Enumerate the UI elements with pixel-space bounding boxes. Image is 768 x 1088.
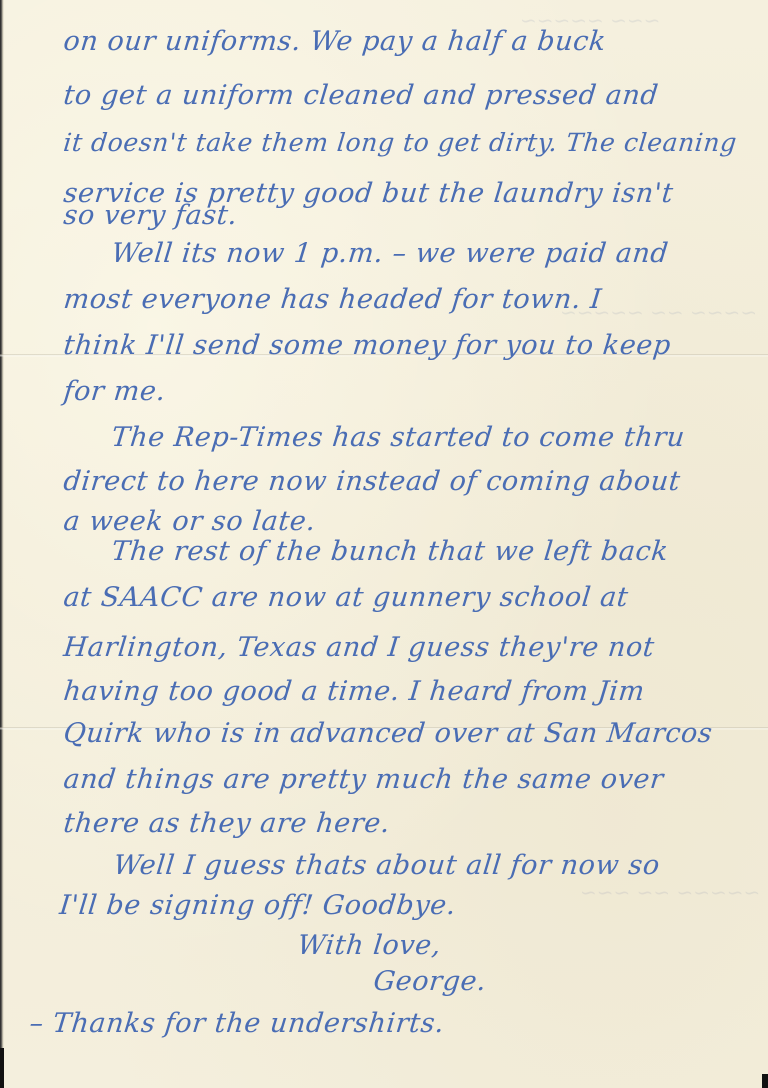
letter-line: for me. bbox=[62, 376, 167, 407]
letter-line: so very fast. bbox=[62, 200, 239, 231]
letter-line: it doesn't take them long to get dirty. … bbox=[62, 128, 738, 157]
scan-edge-bottom-right bbox=[762, 1074, 768, 1088]
letter-line: on our uniforms. We pay a half a buck bbox=[62, 26, 608, 57]
letter-line: The rest of the bunch that we left back bbox=[110, 536, 670, 567]
letter-line: direct to here now instead of coming abo… bbox=[62, 466, 682, 497]
letter-line: think I'll send some money for you to ke… bbox=[62, 330, 673, 361]
letter-line: a week or so late. bbox=[62, 506, 317, 537]
bleed-through-text: ~~~~~ ~~ ~~~ bbox=[580, 880, 760, 904]
letter-line: The Rep-Times has started to come thru bbox=[110, 422, 687, 453]
letter-line: and things are pretty much the same over bbox=[62, 764, 665, 795]
closing-salutation: With love, bbox=[296, 930, 443, 961]
letter-line: Quirk who is in advanced over at San Mar… bbox=[62, 718, 714, 749]
letter-line: most everyone has headed for town. I bbox=[62, 284, 603, 315]
letter-line: Harlington, Texas and I guess they're no… bbox=[62, 632, 656, 663]
letter-line: there as they are here. bbox=[62, 808, 392, 839]
letter-line: at SAACC are now at gunnery school at bbox=[62, 582, 630, 613]
letter-line: Well I guess thats about all for now so bbox=[112, 850, 661, 881]
letter-line: having too good a time. I heard from Jim bbox=[62, 676, 646, 707]
postscript: – Thanks for the undershirts. bbox=[28, 1008, 446, 1039]
signature: George. bbox=[372, 966, 488, 997]
letter-line: I'll be signing off! Goodbye. bbox=[58, 890, 458, 921]
scan-edge-left bbox=[0, 0, 4, 1088]
letter-line: Well its now 1 p.m. – we were paid and bbox=[110, 238, 670, 269]
scan-edge-bottom-left bbox=[0, 1048, 4, 1088]
letter-page: ~~~ ~~~~~ ~~~~ ~~ ~~~~~ ~~~~~ ~~ ~~~ on … bbox=[0, 0, 768, 1088]
letter-line: to get a uniform cleaned and pressed and bbox=[62, 80, 660, 111]
